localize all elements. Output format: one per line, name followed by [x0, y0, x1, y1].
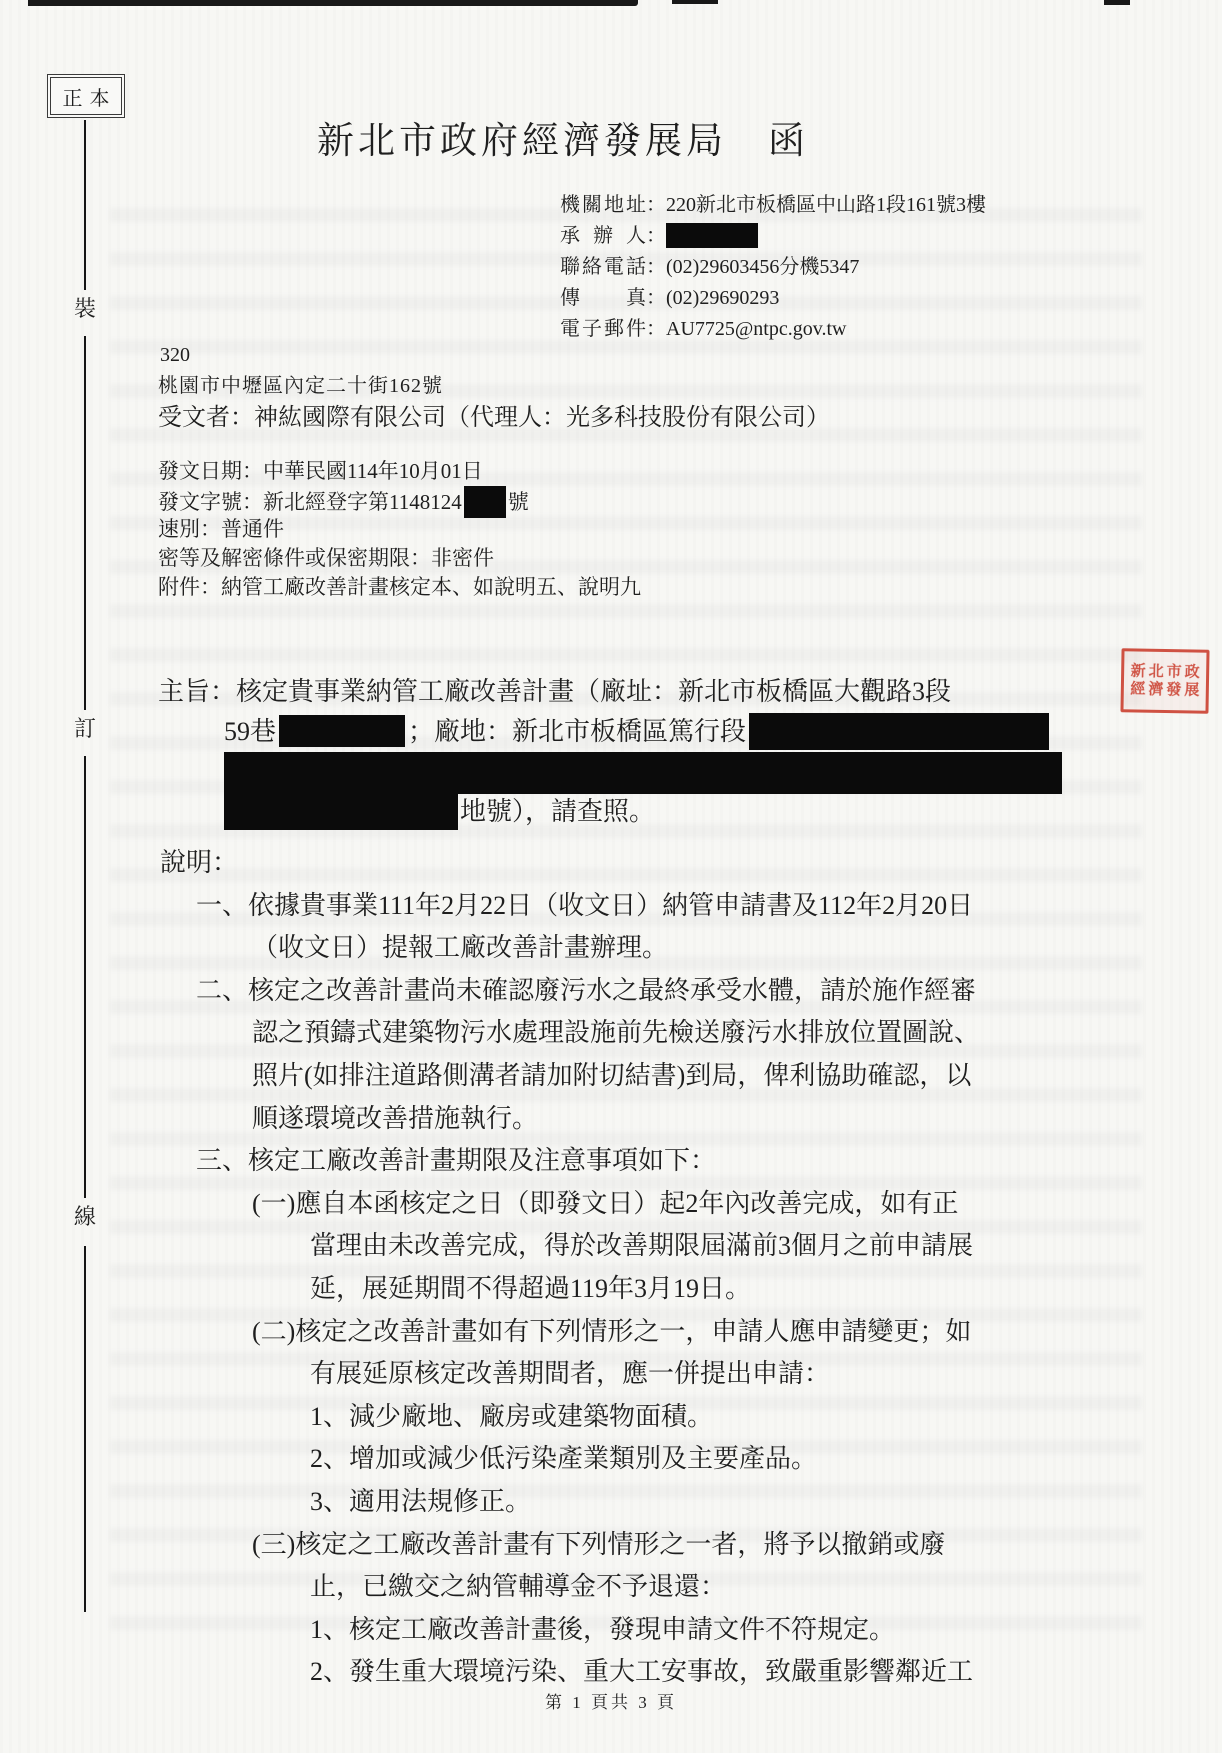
subject-text: 59巷: [224, 717, 276, 746]
subject-line: 地號），請查照。: [158, 792, 1062, 832]
original-copy-label: 正本: [56, 82, 117, 111]
body-line: 三、核定工廠改善計畫期限及注意事項如下：: [160, 1140, 980, 1183]
contact-label: 聯絡電話: [560, 252, 646, 283]
agency-title: 新北市政府經濟發展局 函: [0, 110, 1126, 164]
page-footer: 第 1 頁共 3 頁: [0, 1688, 1222, 1713]
contact-colon: ：: [646, 287, 666, 309]
scanned-letter-page: 正本 裝 訂 線 新北市政府經濟發展局 函 機關地址：220新北市板橋區中山路1…: [0, 0, 1222, 1753]
contact-value: AU7725@ntpc.gov.tw: [666, 318, 846, 340]
body-line: 認之預鑄式建築物污水處理設施前先檢送廢污水排放位置圖說、: [160, 1012, 980, 1055]
agency-seal-text: 經濟發展: [1127, 680, 1202, 699]
body-line: 止，已繳交之納管輔導金不予退還：: [160, 1566, 980, 1609]
security-line: 密等及解密條件或保密期限：非密件: [158, 544, 641, 573]
contact-row: 機關地址：220新北市板橋區中山路1段161號3樓: [560, 190, 986, 221]
contact-colon: ：: [646, 318, 666, 340]
body-line: （收文日）提報工廠改善計畫辦理。: [160, 927, 980, 970]
body-line: 照片(如排注道路側溝者請加附切結書)到局，俾利協助確認，以: [160, 1055, 980, 1098]
contact-label: 承辦人: [560, 221, 646, 252]
contact-colon: ：: [646, 256, 666, 278]
contact-value: (02)29603456分機5347: [666, 256, 859, 278]
speed-line: 速別：普通件: [158, 515, 641, 544]
subject-text: ；廠地：新北市板橋區篤行段: [408, 717, 746, 746]
contact-row: 電子郵件：AU7725@ntpc.gov.tw: [560, 314, 986, 345]
body-line: 二、核定之改善計畫尚未確認廢污水之最終承受水體，請於施作經審: [160, 970, 980, 1013]
subject-text: 地號），請查照。: [460, 797, 655, 826]
doc-number-line: 發文字號：新北經登字第1148124號: [158, 486, 641, 515]
recipient-line: 受文者：神紘國際有限公司（代理人：光多科技股份有限公司）: [158, 397, 830, 432]
contact-block: 機關地址：220新北市板橋區中山路1段161號3樓承辦人：聯絡電話：(02)29…: [560, 190, 986, 345]
binding-line: [84, 756, 86, 1198]
agency-seal-text: 新北市政: [1127, 662, 1202, 681]
redaction-box: [279, 715, 405, 747]
contact-value: 220新北市板橋區中山路1段161號3樓: [666, 194, 986, 216]
contact-row: 聯絡電話：(02)29603456分機5347: [560, 252, 986, 283]
attachment-line: 附件：納管工廠改善計畫核定本、如說明五、說明九: [158, 573, 641, 602]
contact-value: (02)29690293: [666, 287, 779, 309]
subject-text: 核定貴事業納管工廠改善計畫（廠址：新北市板橋區大觀路3段: [236, 677, 951, 706]
redaction-box: [464, 486, 506, 518]
body-line: 順遂環境改善措施執行。: [160, 1098, 980, 1141]
contact-label: 電子郵件: [560, 314, 646, 345]
subject-line: 59巷；廠地：新北市板橋區篤行段: [158, 712, 1062, 752]
body-line: (一)應自本函核定之日（即發文日）起2年內改善完成，如有正: [160, 1183, 980, 1226]
document-meta-block: 發文日期：中華民國114年10月01日 發文字號：新北經登字第1148124號 …: [158, 457, 641, 602]
body-line: (三)核定之工廠改善計畫有下列情形之一者，將予以撤銷或廢: [160, 1524, 980, 1567]
contact-colon: ：: [646, 225, 666, 247]
redaction-box: [224, 792, 458, 830]
scan-artifact: [28, 0, 638, 6]
redaction-box: [666, 223, 758, 248]
contact-colon: ：: [646, 194, 666, 216]
body-line: 延，展延期間不得超過119年3月19日。: [160, 1268, 980, 1311]
binding-mark-xian: 線: [68, 1200, 102, 1231]
body-line: (二)核定之改善計畫如有下列情形之一，申請人應申請變更；如: [160, 1311, 980, 1354]
scan-artifact: [672, 0, 718, 4]
issue-date-line: 發文日期：中華民國114年10月01日: [158, 457, 641, 486]
agency-seal-stamp: 新北市政 經濟發展: [1120, 648, 1209, 714]
binding-line: [84, 336, 86, 710]
contact-label: 傳真: [560, 283, 646, 314]
body-line: 3、適用法規修正。: [160, 1481, 980, 1524]
body-line: 當理由未改善完成，得於改善期限屆滿前3個月之前申請展: [160, 1225, 980, 1268]
body-line: 有展延原核定改善期間者，應一併提出申請：: [160, 1353, 980, 1396]
body-line: 1、核定工廠改善計畫後，發現申請文件不符規定。: [160, 1609, 980, 1652]
body-line: 說明：: [160, 842, 980, 885]
binding-mark-zhuang: 裝: [68, 292, 102, 323]
subject-label: 主旨：: [158, 677, 236, 706]
contact-row: 傳真：(02)29690293: [560, 283, 986, 314]
recipient-address: 桃園市中壢區內定二十街162號: [158, 369, 443, 398]
binding-line: [84, 1246, 86, 1612]
redaction-box: [224, 752, 1062, 794]
contact-row: 承辦人：: [560, 221, 986, 252]
doc-number-suffix: 號: [508, 490, 529, 514]
body-line: 一、依據貴事業111年2月22日（收文日）納管申請書及112年2月20日: [160, 885, 980, 928]
body-line: 1、減少廠地、廠房或建築物面積。: [160, 1396, 980, 1439]
subject-block: 主旨：核定貴事業納管工廠改善計畫（廠址：新北市板橋區大觀路3段 59巷；廠地：新…: [158, 672, 1062, 832]
binding-mark-ding: 訂: [68, 712, 102, 743]
body-block: 說明：一、依據貴事業111年2月22日（收文日）納管申請書及112年2月20日（…: [160, 842, 980, 1694]
doc-number-prefix: 發文字號：新北經登字第1148124: [158, 490, 462, 514]
scan-artifact: [1104, 0, 1130, 5]
body-line: 2、增加或減少低污染產業類別及主要產品。: [160, 1438, 980, 1481]
recipient-postal-code: 320: [160, 344, 190, 367]
contact-label: 機關地址: [560, 190, 646, 221]
subject-line: 主旨：核定貴事業納管工廠改善計畫（廠址：新北市板橋區大觀路3段: [158, 672, 1062, 712]
redaction-box: [749, 713, 1049, 750]
subject-line: [158, 752, 1062, 792]
